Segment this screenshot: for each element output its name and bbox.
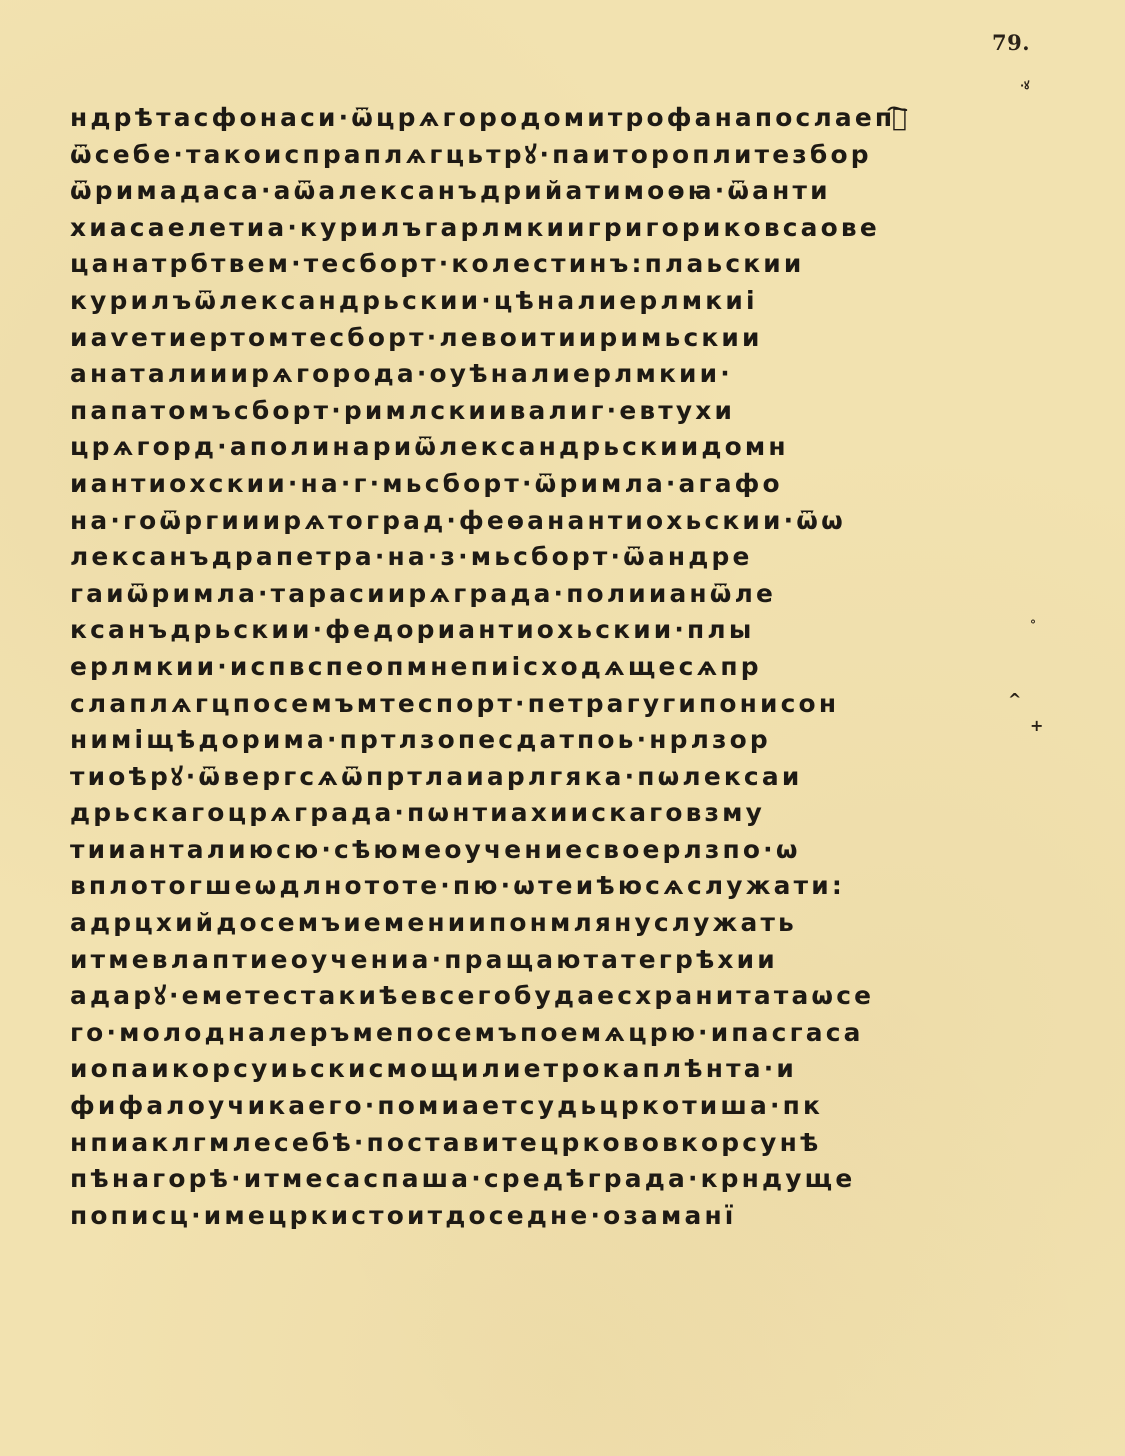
- text-line: го·молодналеръмепосемъпоемѧцрю·ипасгаса: [70, 1015, 1035, 1052]
- text-line: вплотогшеѡдлнототе·пю·ѡтеиѣюсѧслужати:: [70, 868, 1035, 905]
- text-line: нпиаклгмлесебѣ·поставитецркововкорсунѣ: [70, 1125, 1035, 1162]
- text-line: ндрѣтасфонаси·ѿцрѧгородомитрофанапослаеп…: [70, 100, 1035, 137]
- text-line: цанатрбтвем·тесборт·колестинъ:плаьскии: [70, 246, 1035, 283]
- text-line: фифалоучикаего·помиаетсудьцркотиша·пк: [70, 1088, 1035, 1125]
- text-line: курилъѿлександрьскии·цѣналиерлмкиі: [70, 283, 1035, 320]
- text-line: адарꙋ·еметестакиѣевсегобудаесхранитатаѡс…: [70, 978, 1035, 1015]
- text-line: иантиохскии·на·г·мьсборт·ѿримла·агафо: [70, 466, 1035, 503]
- text-line: на·гоѿргииирѧтоград·феѳанантиохьскии·ѿѡ: [70, 503, 1035, 540]
- text-line: пѣнагорѣ·итмесаспаша·средѣграда·крндуще: [70, 1161, 1035, 1198]
- text-line: иаѵетиертомтесборт·левоитииримьскии: [70, 320, 1035, 357]
- text-line: ѿримадаса·аѿалексанъдрийатимоѳꙗ·ѿанти: [70, 173, 1035, 210]
- text-line: иопаикорсуиьскисмощилиетрокаплѣнта·и: [70, 1051, 1035, 1088]
- margin-mark-top: ·ꙋ: [1020, 78, 1029, 93]
- text-line: папатомъсборт·римлскиивалиг·евтухи: [70, 393, 1035, 430]
- text-line: дрьскагоцрѧграда·пѡнтиахиискаговзму: [70, 795, 1035, 832]
- text-line: црѧгорд·аполинариѿлександрьскиидомн: [70, 429, 1035, 466]
- text-line: слаплѧгцпосемъмтеспорт·петрагугипонисон: [70, 686, 1035, 723]
- text-line: ерлмкии·испвспеопмнепиісходѧщесѧпр: [70, 649, 1035, 686]
- text-line: анаталииирѧгорода·оуѣналиерлмкии·: [70, 356, 1035, 393]
- text-line: итмевлаптиеоучениа·пращаютатегрѣхии: [70, 942, 1035, 979]
- text-line: лексанъдрапетра·на·з·мьсборт·ѿандре: [70, 539, 1035, 576]
- manuscript-text: ндрѣтасфонаси·ѿцрѧгородомитрофанапослаеп…: [70, 100, 1040, 1234]
- manuscript-page: 79. ·ꙋ ° ^ + ндрѣтасфонаси·ѿцрѧгородомит…: [0, 0, 1125, 1456]
- text-line: ѿсебе·такоиспраплѧгцьтрꙋ·паитороплитезбо…: [70, 137, 1035, 174]
- text-line: адрцхийдосемъиемениипонмлянуслужать: [70, 905, 1035, 942]
- text-line: тиианталиюсю·сѣюмеоучениесвоерлзпо·ѡ: [70, 832, 1035, 869]
- page-number: 79.: [992, 30, 1030, 55]
- text-line: ксанъдрьскии·федориантиохьскии·плы: [70, 612, 1035, 649]
- text-line: тиоѣрꙋ·ѿвергсѧѿпртлаиарлгяка·пѡлексаи: [70, 759, 1035, 796]
- text-line: хиасаелетиа·курилъгарлмкиигригориковсаов…: [70, 210, 1035, 247]
- text-line: гаиѿримла·тарасиирѧграда·полиианѿле: [70, 576, 1035, 613]
- text-line: ниміщѣдорима·пртлзопесдатпоь·нрлзор: [70, 722, 1035, 759]
- text-line: пописц·имецркистоитдоседне·озаманї: [70, 1198, 1035, 1235]
